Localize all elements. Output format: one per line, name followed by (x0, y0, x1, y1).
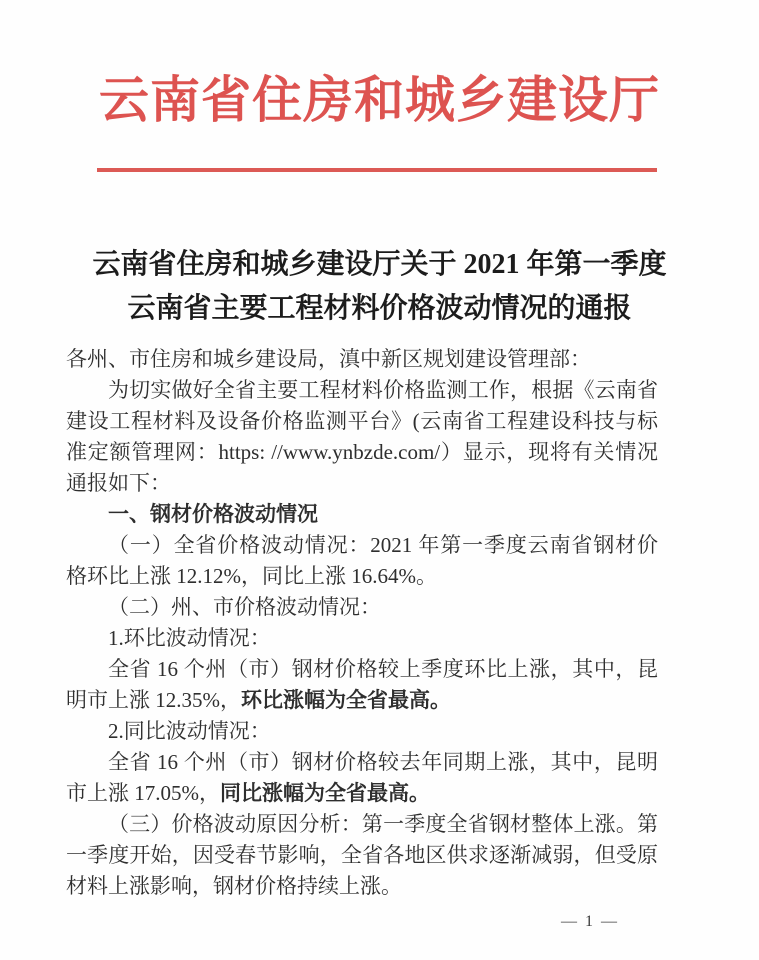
document-body: 各州、市住房和城乡建设局，滇中新区规划建设管理部： 为切实做好全省主要工程材料价… (66, 344, 658, 902)
page-number: — 1 — (540, 913, 640, 931)
section-1-item-3: （三）价格波动原因分析：第一季度全省钢材整体上涨。第一季度开始，因受春节影响，全… (66, 809, 658, 902)
subsection-2-paragraph: 全省 16 个州（市）钢材价格较去年同期上涨，其中，昆明市上涨 17.05%，同… (66, 747, 658, 809)
letterhead-divider-rule (97, 168, 657, 172)
document-title-line1: 云南省住房和城乡建设厅关于 2021 年第一季度 (0, 243, 759, 287)
section-1-item-1: （一）全省价格波动情况：2021 年第一季度云南省钢材价格环比上涨 12.12%… (66, 530, 658, 592)
subsection-1-emphasis: 环比涨幅为全省最高。 (241, 688, 451, 712)
subsection-1-paragraph: 全省 16 个州（市）钢材价格较上季度环比上涨，其中，昆明市上涨 12.35%，… (66, 654, 658, 716)
salutation-line: 各州、市住房和城乡建设局，滇中新区规划建设管理部： (66, 344, 658, 375)
letterhead-org-name: 云南省住房和城乡建设厅 (0, 60, 759, 132)
section-1-heading: 一、钢材价格波动情况 (66, 499, 658, 530)
section-1-item-2-heading: （二）州、市价格波动情况： (66, 592, 658, 623)
document-title-line2: 云南省主要工程材料价格波动情况的通报 (0, 287, 759, 331)
document-title: 云南省住房和城乡建设厅关于 2021 年第一季度 云南省主要工程材料价格波动情况… (0, 243, 759, 331)
subsection-2-emphasis: 同比涨幅为全省最高。 (220, 781, 430, 805)
subsection-1-heading: 1.环比波动情况： (66, 623, 658, 654)
subsection-2-heading: 2.同比波动情况： (66, 716, 658, 747)
scanned-document-page: 云南省住房和城乡建设厅 云南省住房和城乡建设厅关于 2021 年第一季度 云南省… (0, 0, 759, 960)
intro-paragraph: 为切实做好全省主要工程材料价格监测工作，根据《云南省建设工程材料及设备价格监测平… (66, 375, 658, 499)
